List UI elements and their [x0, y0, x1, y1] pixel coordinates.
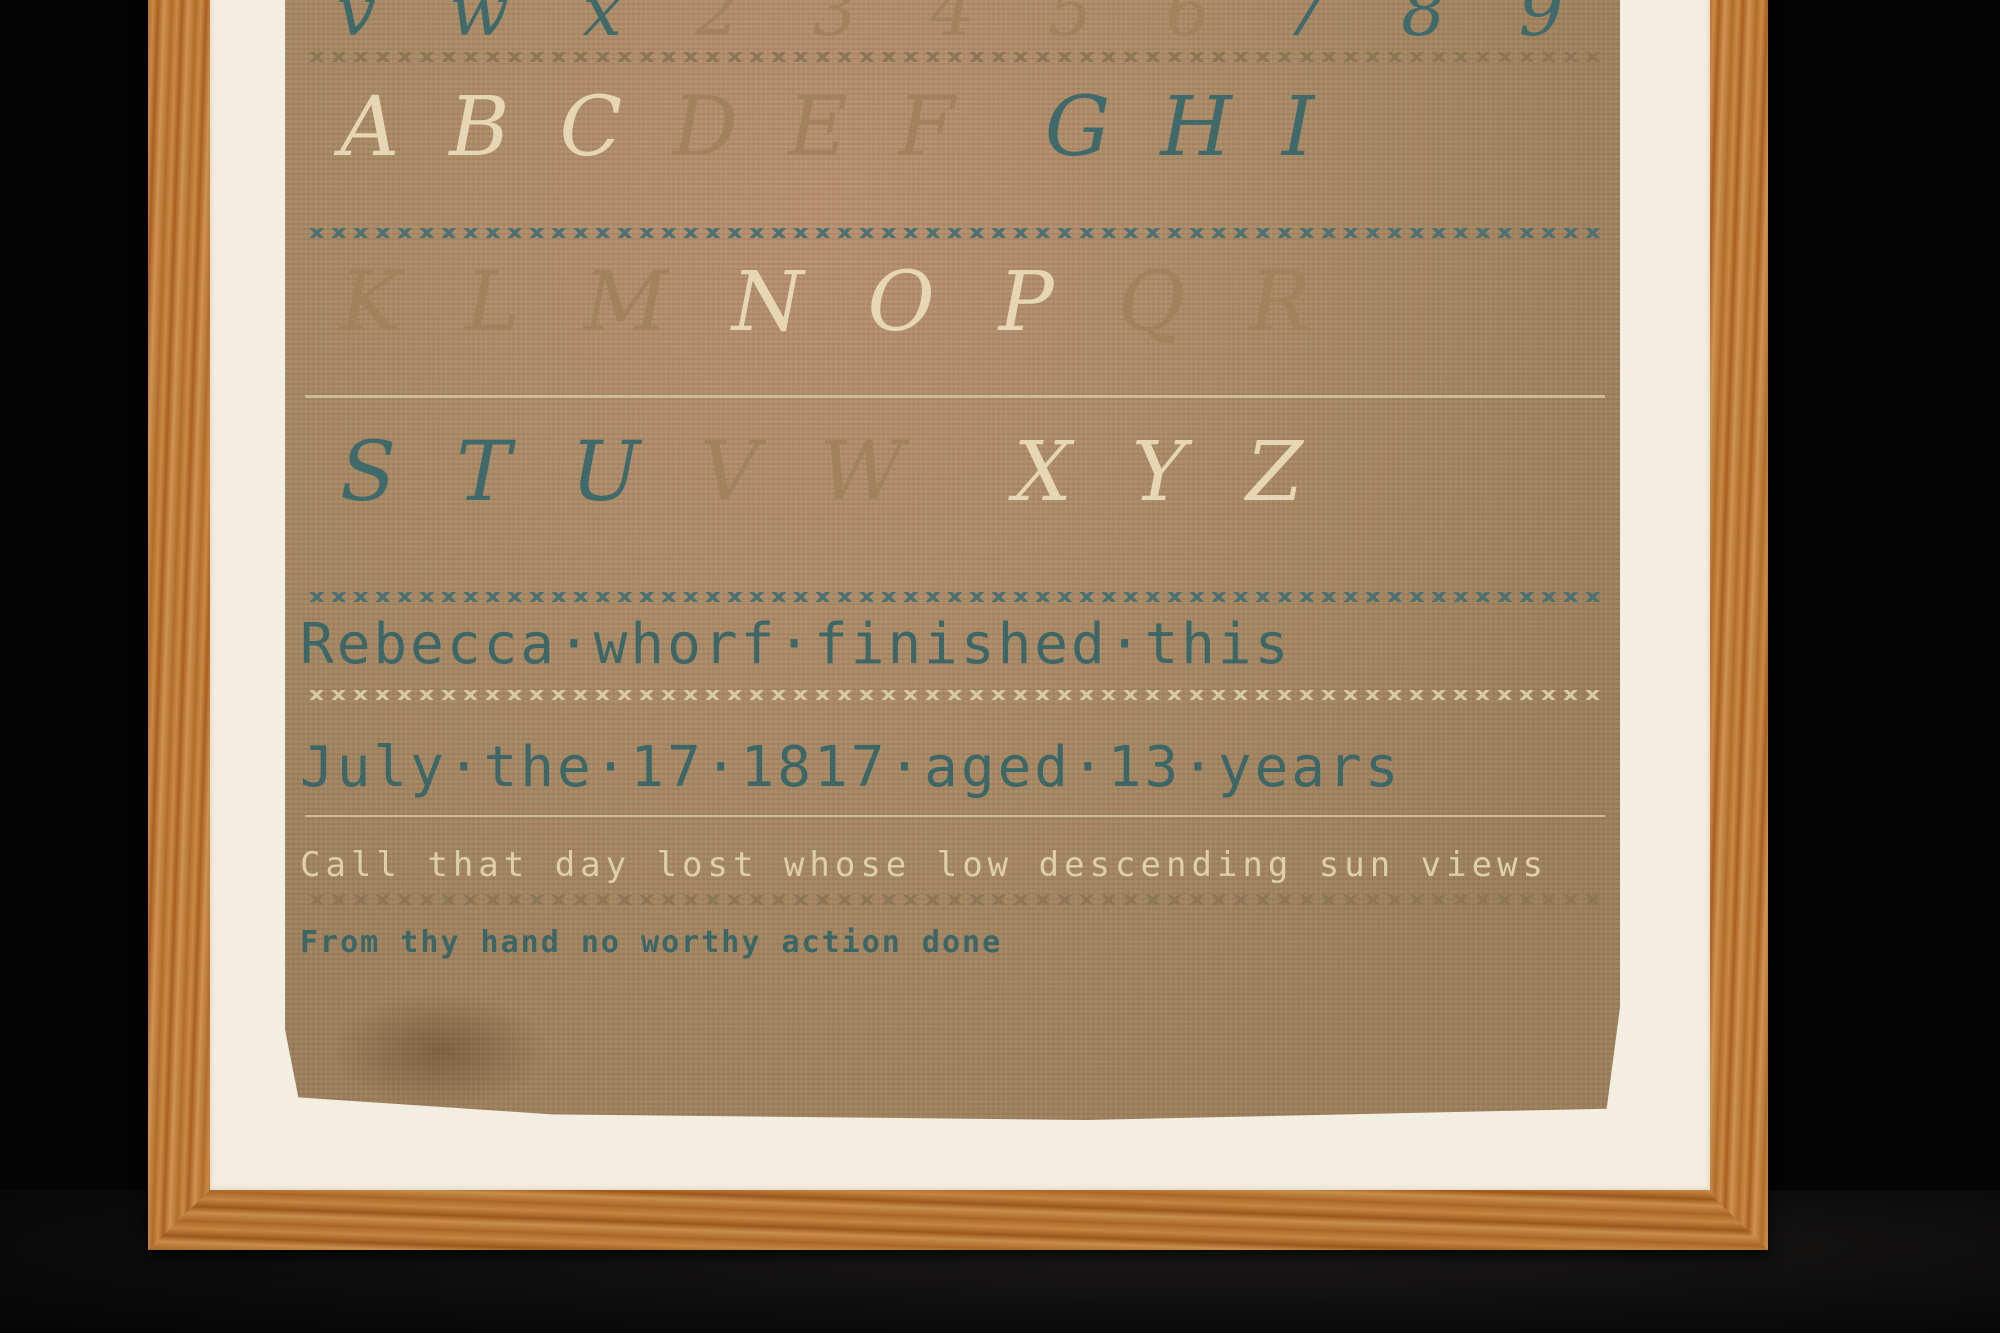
alphabet-row-3: S T U V W X Y Z — [300, 425, 1640, 520]
char: v — [337, 0, 377, 52]
char: B — [449, 80, 511, 175]
char: R — [1249, 255, 1313, 350]
char: D — [672, 80, 740, 175]
numerals-row: v w x 2 3 4 5 6 7 8 9 — [300, 0, 1600, 52]
inscription-line-2: July·the·17·1817·aged·13·years — [300, 735, 1401, 800]
stitched-border — [305, 815, 1605, 817]
char: 9 — [1519, 0, 1564, 52]
char: 5 — [1048, 0, 1093, 52]
char: 2 — [695, 0, 740, 52]
char: Y — [1132, 425, 1188, 520]
stitched-border — [305, 52, 1605, 62]
char: A — [340, 80, 401, 175]
inscription-line-1: Rebecca·whorf·finished·this — [300, 612, 1291, 677]
oak-frame-bottom-rail — [148, 1190, 1768, 1250]
char: I — [1282, 80, 1316, 175]
char: X — [1014, 425, 1074, 520]
char: L — [465, 255, 521, 350]
char: G — [1045, 80, 1113, 175]
verse-line-1: Call that day lost whose low descending … — [300, 845, 1548, 885]
alphabet-row-2: K L M N O P Q R — [300, 255, 1640, 350]
char: F — [898, 80, 957, 175]
char: M — [584, 255, 670, 350]
char: V — [700, 425, 761, 520]
char: O — [867, 255, 936, 350]
char: 6 — [1166, 0, 1211, 52]
stitched-border — [305, 690, 1605, 700]
stitched-border — [305, 895, 1605, 905]
char: Z — [1246, 425, 1305, 520]
char: P — [999, 255, 1056, 350]
char: E — [788, 80, 850, 175]
char: H — [1160, 80, 1234, 175]
stitched-border — [305, 228, 1605, 238]
char: 7 — [1283, 0, 1328, 52]
char: N — [732, 255, 806, 350]
char: 3 — [813, 0, 858, 52]
char: x — [582, 0, 621, 52]
char: T — [456, 425, 513, 520]
char: W — [819, 425, 905, 520]
fabric-stain — [330, 990, 550, 1110]
char: 8 — [1401, 0, 1446, 52]
char: U — [571, 425, 642, 520]
char: w — [449, 0, 509, 52]
alphabet-row-1: A B C D E F G H I — [300, 80, 1640, 175]
char: Q — [1118, 255, 1187, 350]
char: C — [559, 80, 624, 175]
char: S — [340, 425, 398, 520]
char: K — [340, 255, 403, 350]
stitched-border — [305, 592, 1605, 602]
verse-line-2: From thy hand no worthy action done — [300, 925, 1002, 960]
char: 4 — [930, 0, 975, 52]
stitched-border — [305, 395, 1605, 398]
